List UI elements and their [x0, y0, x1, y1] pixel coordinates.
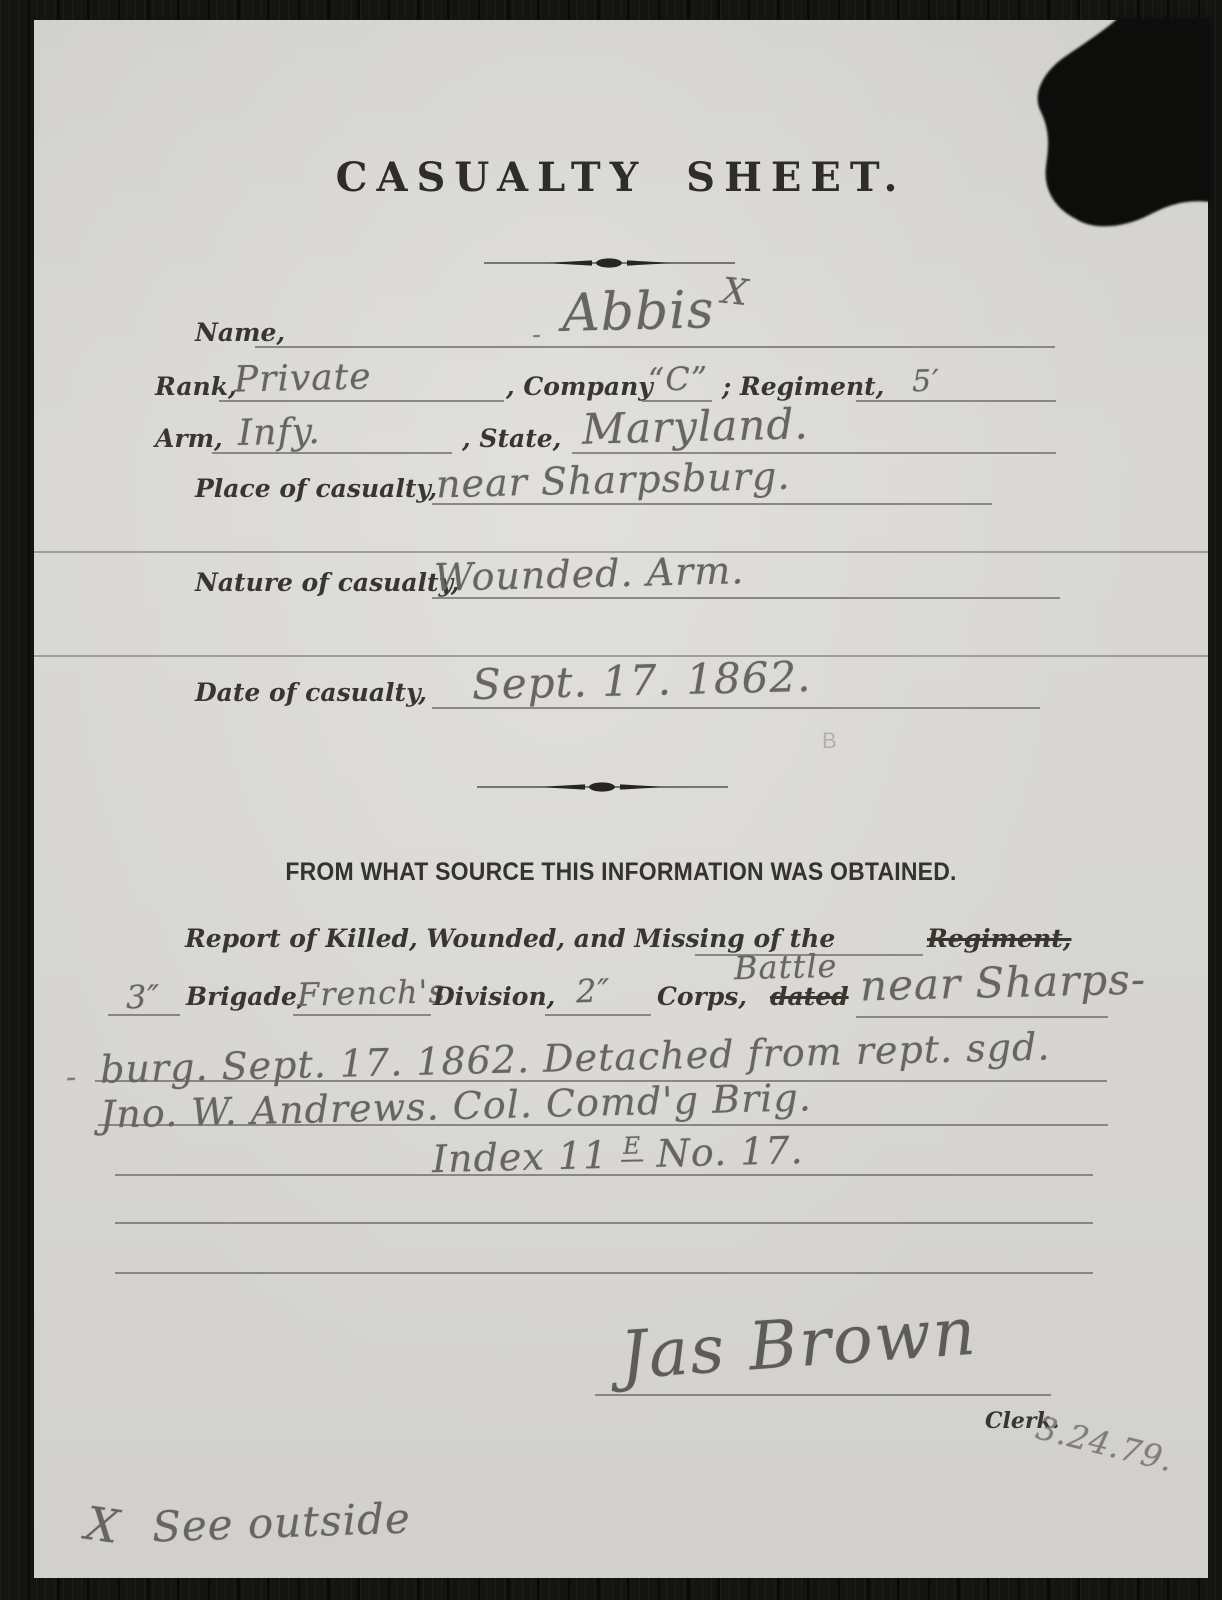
place-value: near Sharpsburg. — [436, 454, 791, 507]
rank-value: Private — [234, 356, 372, 400]
source-section-heading: FROM WHAT SOURCE THIS INFORMATION WAS OB… — [34, 857, 1208, 887]
company-label: , Company — [506, 372, 653, 401]
report-regiment-struck: Regiment, — [927, 924, 1071, 953]
index-post: No. 17. — [656, 1128, 804, 1176]
rank-underline — [219, 400, 504, 402]
torn-corner — [988, 18, 1210, 250]
division-underline — [293, 1014, 431, 1016]
brigade-value: 3″ — [126, 978, 161, 1017]
place-start-value: near Sharps- — [859, 955, 1146, 1011]
name-label: Name, — [195, 318, 285, 347]
rank-label: Rank, — [155, 372, 237, 401]
blank-line — [115, 1272, 1093, 1274]
corps-underline — [545, 1014, 651, 1016]
division-label: Division, — [433, 982, 555, 1011]
footnote-text: See outside — [151, 1493, 411, 1551]
name-dash-mark: - — [532, 320, 543, 350]
brigade-label: Brigade, — [186, 982, 306, 1011]
index-value: Index 11 E No. 17. — [432, 1127, 805, 1181]
faint-stamp-mark: B — [822, 728, 835, 754]
date-label: Date of casualty, — [195, 678, 427, 707]
index-pre: Index 11 — [432, 1133, 609, 1181]
document-title: CASUALTY SHEET. — [34, 154, 1208, 201]
line3-dash-mark: - — [66, 1060, 78, 1095]
signature-underline — [595, 1394, 1051, 1396]
index-superscript: E — [621, 1131, 644, 1162]
casualty-sheet-page: CASUALTY SHEET. X Name, - Abbis Rank, Pr… — [34, 20, 1208, 1578]
division-value: French's — [297, 972, 447, 1014]
place-label: Place of casualty, — [195, 474, 437, 503]
footnote-marker: X — [82, 1496, 123, 1554]
name-underline — [255, 346, 1055, 348]
corps-label: Corps, — [657, 982, 747, 1011]
place-start-underline — [856, 1016, 1108, 1018]
state-value: Maryland. — [581, 399, 809, 454]
clerk-signature: Jas Brown — [618, 1293, 980, 1395]
name-value: Abbis — [561, 280, 715, 344]
date-value: Sept. 17. 1862. — [471, 652, 812, 709]
arm-value: Infy. — [238, 411, 322, 454]
divider-ornament-icon — [475, 780, 730, 794]
regiment-label: ; Regiment, — [722, 372, 884, 401]
state-label: , State, — [462, 424, 561, 453]
date-annotation: 3.24.79. — [1032, 1409, 1177, 1480]
regiment-value: 5′ — [912, 364, 941, 400]
corps-value: 2″ — [576, 972, 611, 1011]
dated-struck: dated — [770, 982, 849, 1011]
divider-ornament-icon — [482, 256, 737, 270]
blank-line — [115, 1222, 1093, 1224]
state-underline — [572, 452, 1056, 454]
company-value: “C” — [648, 359, 709, 398]
arm-label: Arm, — [155, 424, 223, 453]
name-reference-mark: X — [720, 271, 751, 315]
nature-label: Nature of casualty, — [195, 568, 459, 597]
nature-value: Wounded. Arm. — [434, 548, 745, 600]
regiment-underline — [856, 400, 1056, 402]
